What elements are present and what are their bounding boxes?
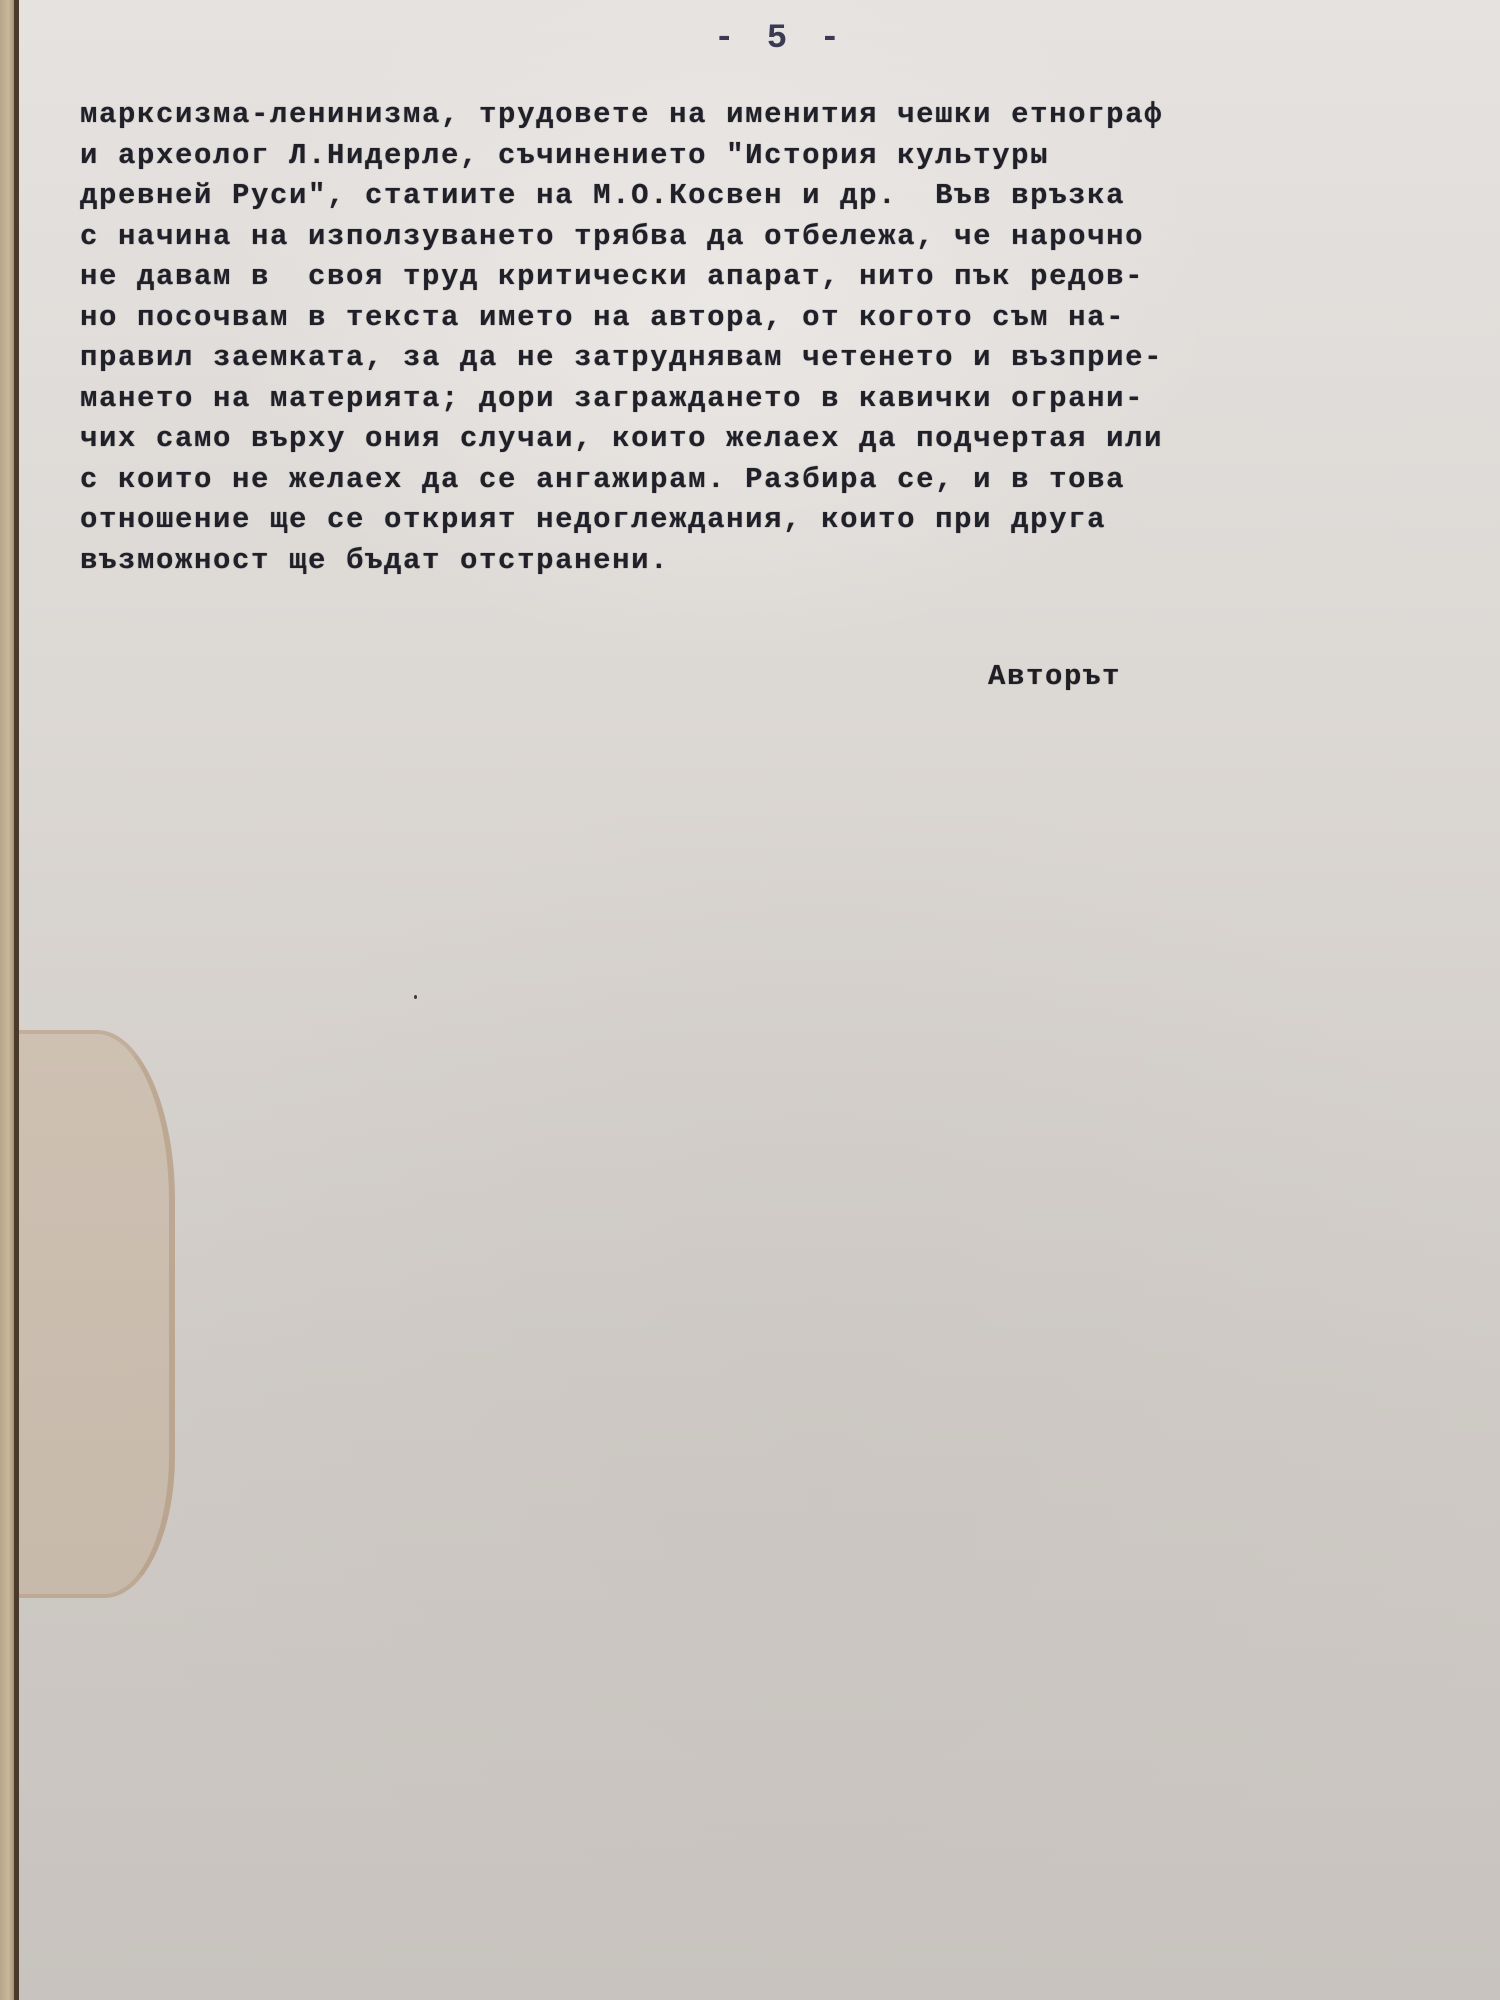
water-stain xyxy=(19,1030,175,1598)
text-line: отношение ще се открият недоглеждания, к… xyxy=(80,500,1480,541)
body-paragraph: марксизма-ленинизма, трудовете на именит… xyxy=(80,95,1480,581)
text-line: правил заемката, за да не затруднявам че… xyxy=(80,338,1480,379)
text-line: марксизма-ленинизма, трудовете на именит… xyxy=(80,95,1480,136)
text-line: възможност ще бъдат отстранени. xyxy=(80,541,1480,582)
binding-edge xyxy=(0,0,14,2000)
text-line: древней Руси", статиите на М.О.Косвен и … xyxy=(80,176,1480,217)
text-line: но посочвам в текста името на автора, от… xyxy=(80,298,1480,339)
text-line: с начина на използуването трябва да отбе… xyxy=(80,217,1480,258)
author-signature: Авторът xyxy=(988,660,1121,693)
text-line: чих само върху ония случаи, които желаех… xyxy=(80,419,1480,460)
paper-speck xyxy=(414,995,417,999)
page-number: - 5 - xyxy=(700,20,860,58)
text-line: с които не желаех да се ангажирам. Разби… xyxy=(80,460,1480,501)
text-line: мането на материята; дори заграждането в… xyxy=(80,379,1480,420)
text-line: и археолог Л.Нидерле, съчинението "Истор… xyxy=(80,136,1480,177)
text-line: не давам в своя труд критически апарат, … xyxy=(80,257,1480,298)
